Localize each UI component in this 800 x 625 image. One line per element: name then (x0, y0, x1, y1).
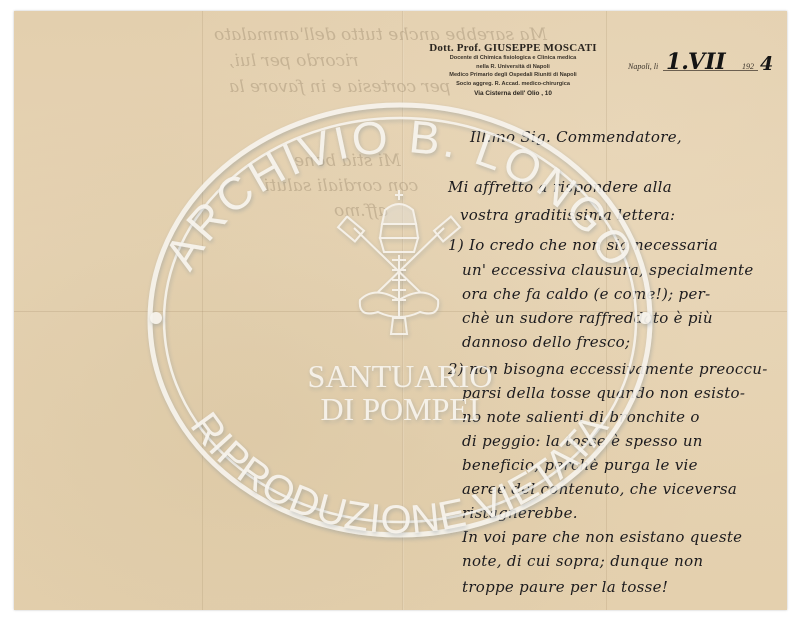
date-place: Napoli, li (628, 62, 658, 71)
letter-line: beneficio, perchè purga le vie (462, 456, 698, 474)
letter-line: 1) Io credo che non sia necessaria (448, 236, 718, 254)
letter-line: dannoso dello fresco; (462, 333, 630, 351)
letter-line: parsi della tosse quando non esisto- (462, 384, 745, 402)
bleed-through-line: ricordo per lui, (229, 51, 359, 71)
letter-line: In voi pare che non esistano queste (462, 528, 742, 546)
date-line: Napoli, li 1. VII 192 4 (628, 55, 778, 77)
letter-line: di peggio: la tosse è spesso un (462, 432, 703, 450)
date-month: VII (688, 49, 726, 75)
letterhead-line: Medico Primario degli Ospedali Riuniti d… (418, 71, 608, 80)
date-year-prefix: 192 (742, 62, 754, 71)
letter-line: ora che fa caldo (e come!); per- (462, 285, 710, 303)
date-year-digit: 4 (760, 53, 773, 75)
letter-line: Mi affretto a rispondere alla (448, 178, 672, 196)
bleed-through-line: con cordiali saluti (264, 176, 418, 196)
letterhead-line: Socio aggreg. R. Accad. medico-chirurgic… (418, 80, 608, 89)
letterhead: Dott. Prof. GIUSEPPE MOSCATI Docente di … (418, 42, 608, 97)
date-day: 1. (666, 49, 689, 75)
letter-line: 2) non bisogna eccessivamente preoccu- (448, 360, 768, 378)
letter-line: un' eccessiva clausura, specialmente (462, 261, 754, 279)
letter-line: vostra graditissima lettera: (460, 206, 675, 224)
bleed-through-line: aff.mo (334, 201, 388, 221)
letterhead-address: Via Cisterna dell' Olio , 10 (418, 90, 608, 97)
letter-line: note, di cui sopra; dunque non (462, 552, 703, 570)
letter-line: chè un sudore raffreddato è più (462, 309, 713, 327)
letterhead-name: Dott. Prof. GIUSEPPE MOSCATI (418, 42, 608, 54)
letter-line: aeree del contenuto, che viceversa (462, 480, 737, 498)
letterhead-line: nella R. Università di Napoli (418, 63, 608, 72)
letter-line: troppe paure per la tosse! (462, 578, 668, 596)
letter-line: ristagnerebbe. (462, 504, 578, 522)
salutation: Ill.mo Sig. Commendatore, (470, 128, 682, 146)
bleed-through-line: Mi stia bene (294, 151, 401, 171)
letter-line: no note salienti di bronchite o (462, 408, 700, 426)
letterhead-line: Docente di Chimica fisiologica e Clinica… (418, 54, 608, 63)
